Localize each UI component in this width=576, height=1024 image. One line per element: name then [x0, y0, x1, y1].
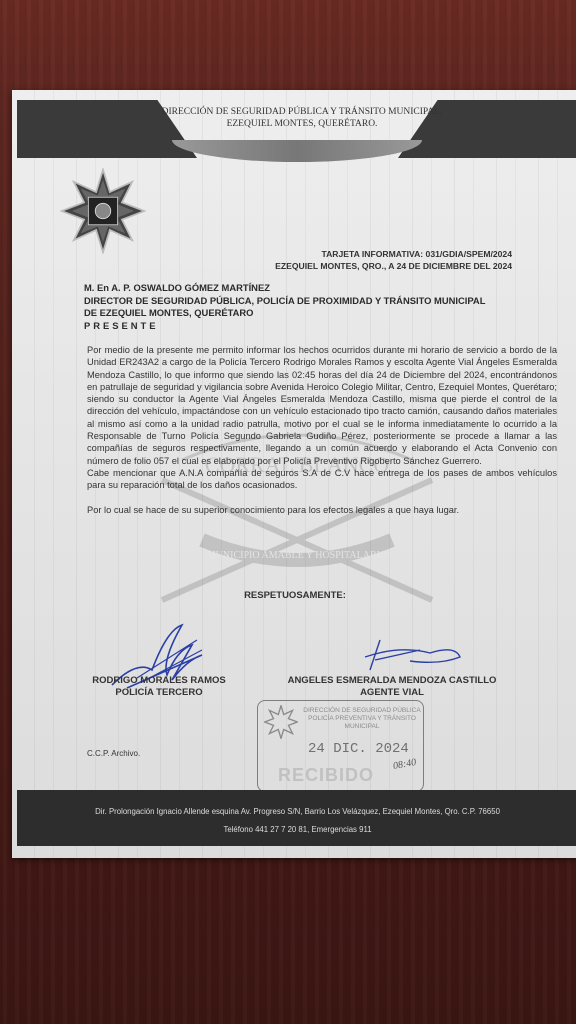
footer-band: Dir. Prolongación Ignacio Allende esquin…: [17, 790, 576, 846]
stamp-handwritten-time: 08:40: [392, 757, 417, 772]
body-closing: Por lo cual se hace de su superior conoc…: [87, 504, 557, 516]
stamp-institution: DIRECCIÓN DE SEGURIDAD PÚBLICA POLICÍA P…: [302, 707, 422, 731]
body-paragraph-2: Cabe mencionar que A.N.A compañía de seg…: [87, 467, 557, 492]
reference-block: TARJETA INFORMATIVA: 031/GDIA/SPEM/2024 …: [275, 248, 512, 272]
police-star-badge-icon: [60, 168, 146, 254]
signer-2: ANGELES ESMERALDA MENDOZA CASTILLO AGENT…: [257, 675, 527, 699]
footer-address: Dir. Prolongación Ignacio Allende esquin…: [17, 807, 576, 816]
signature-angeles-icon: [360, 635, 470, 675]
signer-1-role: POLICÍA TERCERO: [84, 687, 234, 699]
addressee-name: M. En A. P. OSWALDO GÓMEZ MARTÍNEZ: [84, 282, 564, 295]
stamp-line-2: POLICÍA PREVENTIVA Y TRÁNSITO: [302, 715, 422, 723]
header-ribbon: [172, 140, 422, 162]
signer-1: RODRIGO MORALES RAMOS POLICÍA TERCERO: [84, 675, 234, 699]
body-paragraph-1: Por medio de la presente me permito info…: [87, 344, 557, 467]
stamp-line-3: MUNICIPAL: [302, 723, 422, 731]
place-date: EZEQUIEL MONTES, QRO., A 24 DE DICIEMBRE…: [275, 260, 512, 272]
addressee-title: DIRECTOR DE SEGURIDAD PÚBLICA, POLICÍA D…: [84, 295, 564, 308]
institution-line-1: DIRECCIÓN DE SEGURIDAD PÚBLICA Y TRÁNSIT…: [142, 106, 462, 118]
card-number: TARJETA INFORMATIVA: 031/GDIA/SPEM/2024: [275, 248, 512, 260]
institution-line-2: EZEQUIEL MONTES, QUERÉTARO.: [142, 118, 462, 130]
document-page: DIRECCIÓN DE SEGURIDAD PÚBLICA Y TRÁNSIT…: [12, 90, 576, 858]
addressee-location: DE EZEQUIEL MONTES, QUERÉTARO: [84, 307, 564, 320]
footer-phone: Teléfono 441 27 7 20 81, Emergencias 911: [17, 825, 576, 834]
signer-2-name: ANGELES ESMERALDA MENDOZA CASTILLO: [257, 675, 527, 687]
signer-2-role: AGENTE VIAL: [257, 687, 527, 699]
letter-body: Por medio de la presente me permito info…: [87, 344, 557, 516]
received-stamp: DIRECCIÓN DE SEGURIDAD PÚBLICA POLICÍA P…: [257, 700, 424, 792]
carbon-copy: C.C.P. Archivo.: [87, 749, 140, 758]
institution-heading: DIRECCIÓN DE SEGURIDAD PÚBLICA Y TRÁNSIT…: [142, 106, 462, 130]
signer-1-name: RODRIGO MORALES RAMOS: [84, 675, 234, 687]
stamp-received-label: RECIBIDO: [278, 765, 374, 786]
stamp-date: 24 DIC. 2024: [308, 741, 409, 757]
salutation: PRESENTE: [84, 320, 564, 333]
addressee-block: M. En A. P. OSWALDO GÓMEZ MARTÍNEZ DIREC…: [84, 282, 564, 332]
stamp-star-icon: [264, 705, 298, 739]
valediction: RESPETUOSAMENTE:: [12, 590, 576, 601]
svg-text:MUNICIPIO AMABLE Y HOSPITALARI: MUNICIPIO AMABLE Y HOSPITALARIO: [207, 550, 387, 561]
stamp-line-1: DIRECCIÓN DE SEGURIDAD PÚBLICA: [302, 707, 422, 715]
